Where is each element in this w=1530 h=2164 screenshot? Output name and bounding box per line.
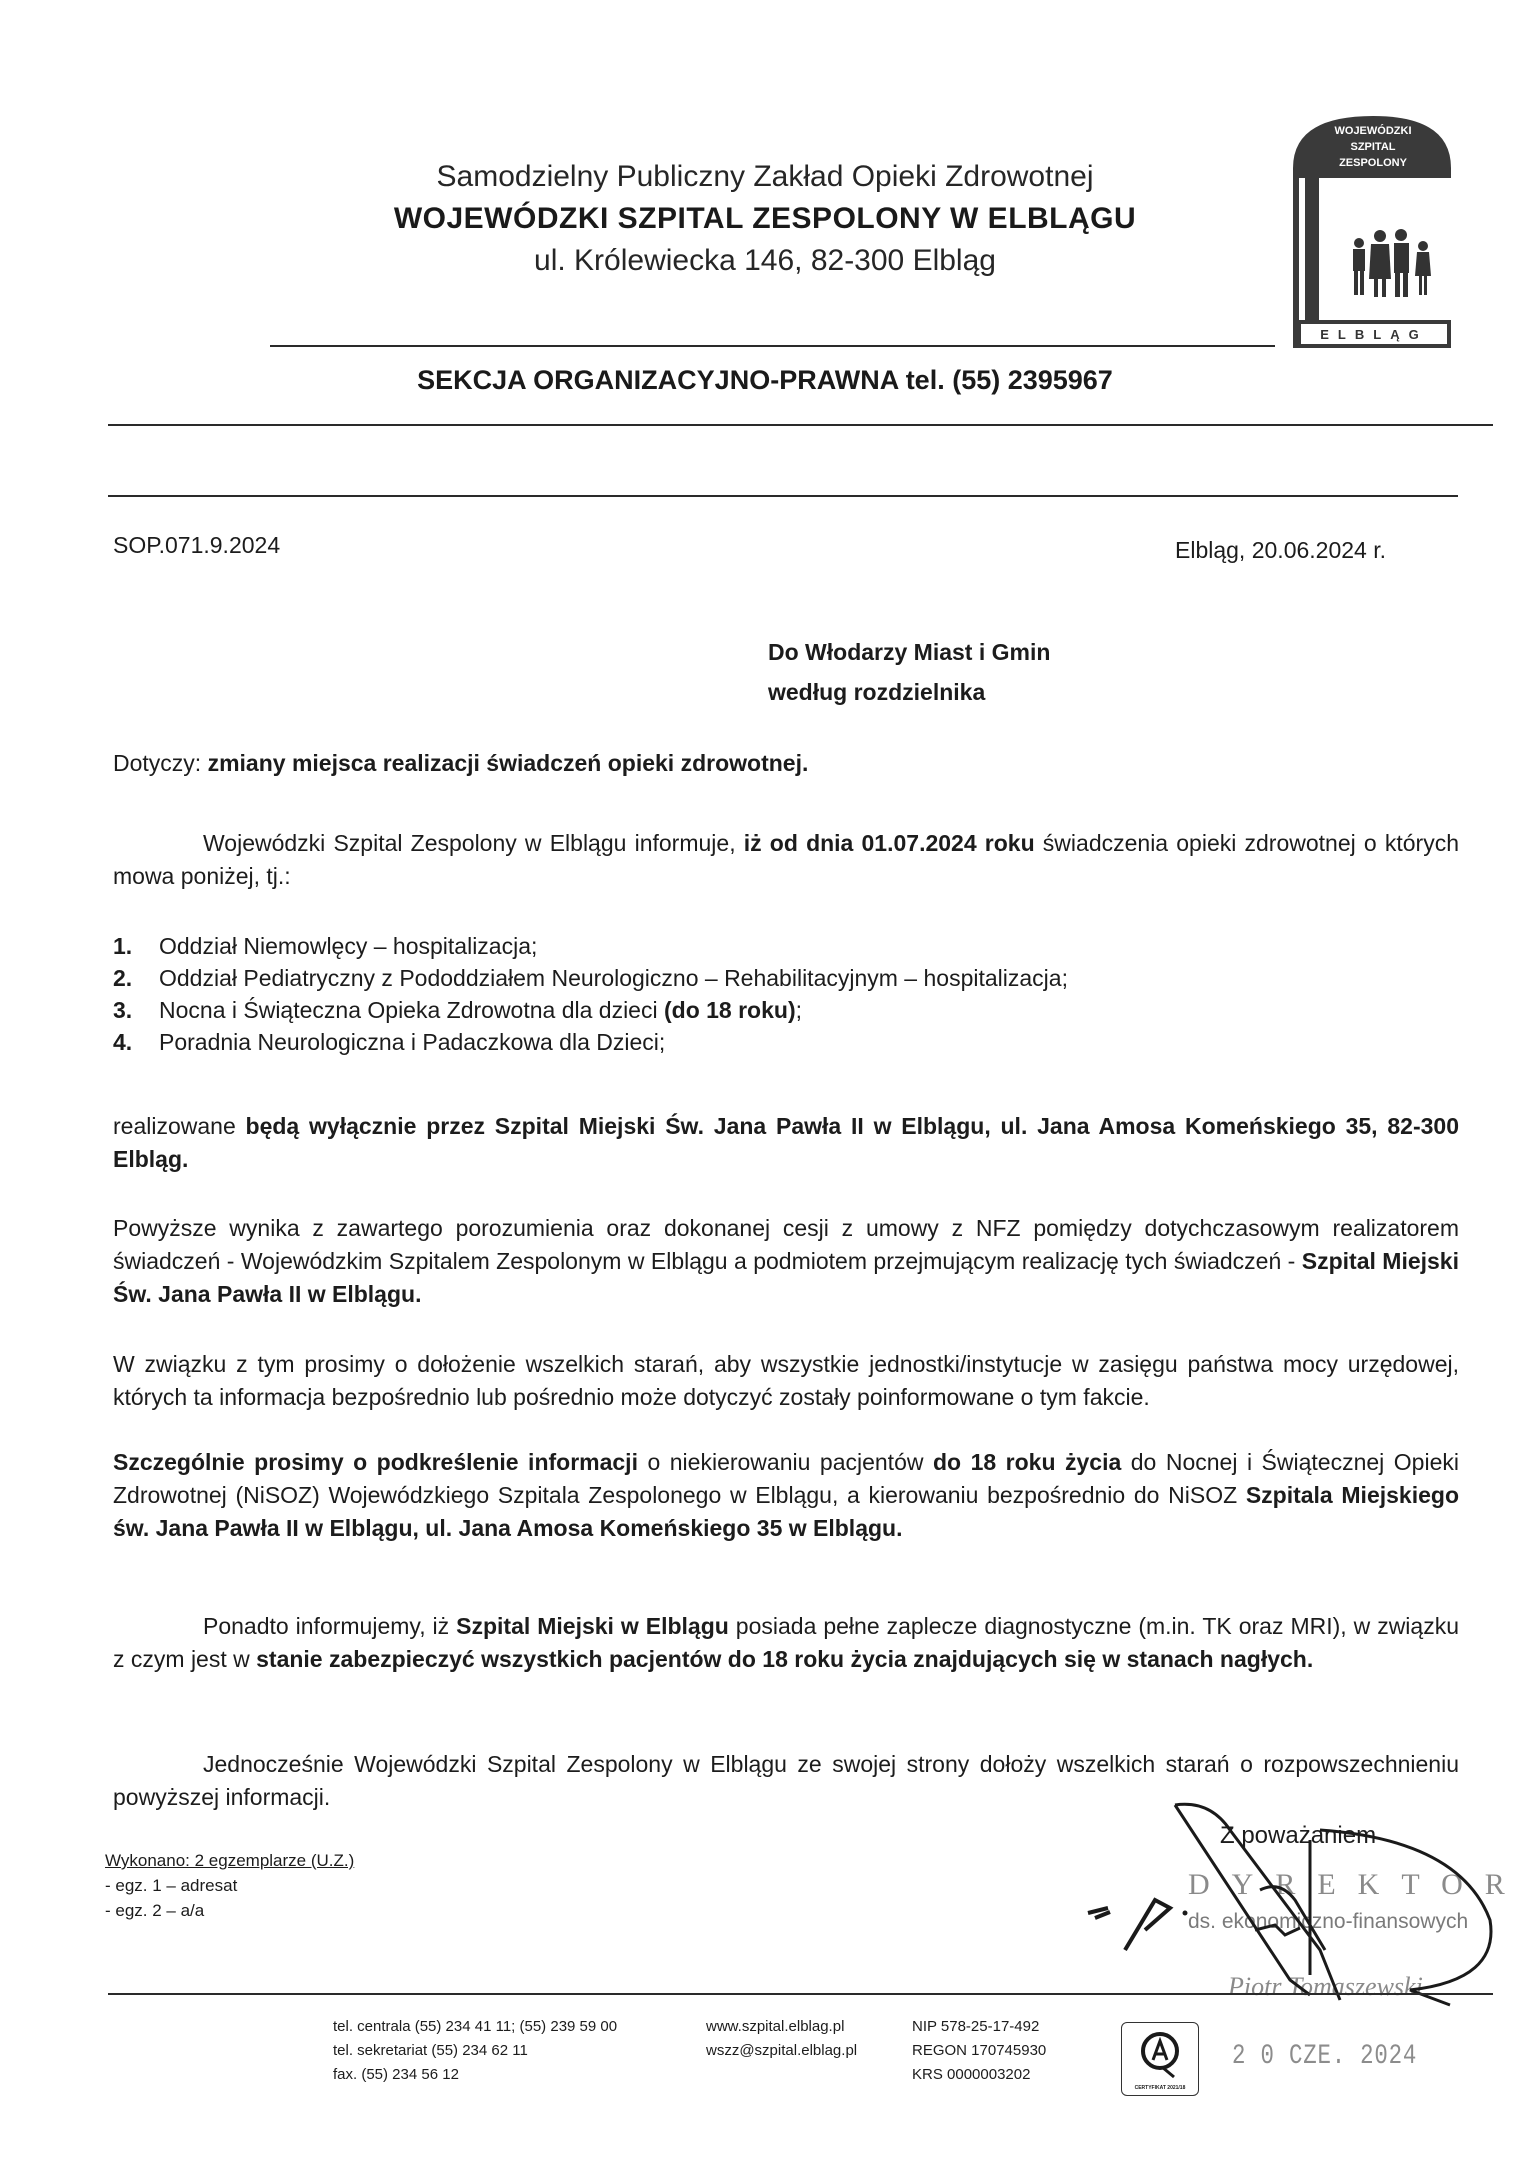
svg-text:SZPITAL: SZPITAL bbox=[1350, 141, 1395, 153]
subject-label: Dotyczy: bbox=[113, 750, 201, 776]
document-reference: SOP.071.9.2024 bbox=[113, 532, 280, 559]
emphasis-paragraph: Szczególnie prosimy o podkreślenie infor… bbox=[113, 1446, 1459, 1545]
svg-text:ELBLĄG: ELBLĄG bbox=[1320, 327, 1427, 342]
addressee-line: Do Włodarzy Miast i Gmin bbox=[768, 632, 1050, 672]
list-item: 4.Poradnia Neurologiczna i Padaczkowa dl… bbox=[113, 1026, 1068, 1058]
stamp-name: Piotr Tomaszewski bbox=[1228, 1972, 1423, 2002]
subject-text: zmiany miejsca realizacji świadczeń opie… bbox=[208, 750, 809, 776]
divider-1 bbox=[108, 424, 1493, 426]
services-list: 1.Oddział Niemowlęcy – hospitalizacja; 2… bbox=[113, 930, 1068, 1058]
stamp-subtitle: ds. ekonomiczno-finansowych bbox=[1188, 1910, 1468, 1934]
section-title: SEKCJA ORGANIZACYJNO-PRAWNA tel. (55) 23… bbox=[0, 365, 1530, 396]
quality-certificate-icon: CERTYFIKAT 2021/18 bbox=[1121, 2022, 1199, 2096]
list-item: 1.Oddział Niemowlęcy – hospitalizacja; bbox=[113, 930, 1068, 962]
request-paragraph: W związku z tym prosimy o dołożenie wsze… bbox=[113, 1348, 1459, 1414]
stamp-title: DYREKTOR bbox=[1188, 1868, 1527, 1902]
svg-text:ZESPOLONY: ZESPOLONY bbox=[1339, 157, 1408, 169]
header-divider bbox=[270, 345, 1275, 347]
svg-text:WOJEWÓDZKI: WOJEWÓDZKI bbox=[1335, 124, 1412, 137]
subject-line: Dotyczy: zmiany miejsca realizacji świad… bbox=[113, 750, 808, 777]
addressee-line: według rozdzielnika bbox=[768, 672, 1050, 712]
footer-divider bbox=[108, 1993, 1493, 1995]
copy-item: - egz. 2 – a/a bbox=[105, 1898, 354, 1923]
footer-phones: tel. centrala (55) 234 41 11; (55) 239 5… bbox=[333, 2015, 617, 2087]
addressee: Do Włodarzy Miast i Gmin według rozdziel… bbox=[768, 632, 1050, 712]
regards: Z poważaniem bbox=[1220, 1822, 1376, 1850]
realized-paragraph: realizowane będą wyłącznie przez Szpital… bbox=[113, 1110, 1459, 1176]
list-item: 2.Oddział Pediatryczny z Pododdziałem Ne… bbox=[113, 962, 1068, 994]
received-date-stamp: 2 0 CZE. 2024 bbox=[1232, 2041, 1417, 2072]
place-and-date: Elbląg, 20.06.2024 r. bbox=[1175, 537, 1386, 564]
closing-paragraph: Jednocześnie Wojewódzki Szpital Zespolon… bbox=[113, 1748, 1459, 1814]
divider-2 bbox=[108, 495, 1458, 497]
copies-heading: Wykonano: 2 egzemplarze (U.Z.) bbox=[105, 1848, 354, 1873]
diagnostics-paragraph: Ponadto informujemy, iż Szpital Miejski … bbox=[113, 1610, 1459, 1676]
intro-paragraph: Wojewódzki Szpital Zespolony w Elblągu i… bbox=[113, 827, 1459, 893]
website-link[interactable]: www.szpital.elblag.pl bbox=[706, 2015, 857, 2039]
list-item: 3.Nocna i Świąteczna Opieka Zdrowotna dl… bbox=[113, 994, 1068, 1026]
copy-item: - egz. 1 – adresat bbox=[105, 1873, 354, 1898]
agreement-paragraph: Powyższe wynika z zawartego porozumienia… bbox=[113, 1212, 1459, 1311]
hospital-logo: WOJEWÓDZKI SZPITAL ZESPOLONY ELBLĄG bbox=[1283, 108, 1458, 356]
footer-ids: NIP 578-25-17-492 REGON 170745930 KRS 00… bbox=[912, 2015, 1046, 2087]
footer-web: www.szpital.elblag.pl wszz@szpital.elbla… bbox=[706, 2015, 857, 2063]
copies-note: Wykonano: 2 egzemplarze (U.Z.) - egz. 1 … bbox=[105, 1848, 354, 1923]
email-link[interactable]: wszz@szpital.elblag.pl bbox=[706, 2039, 857, 2063]
